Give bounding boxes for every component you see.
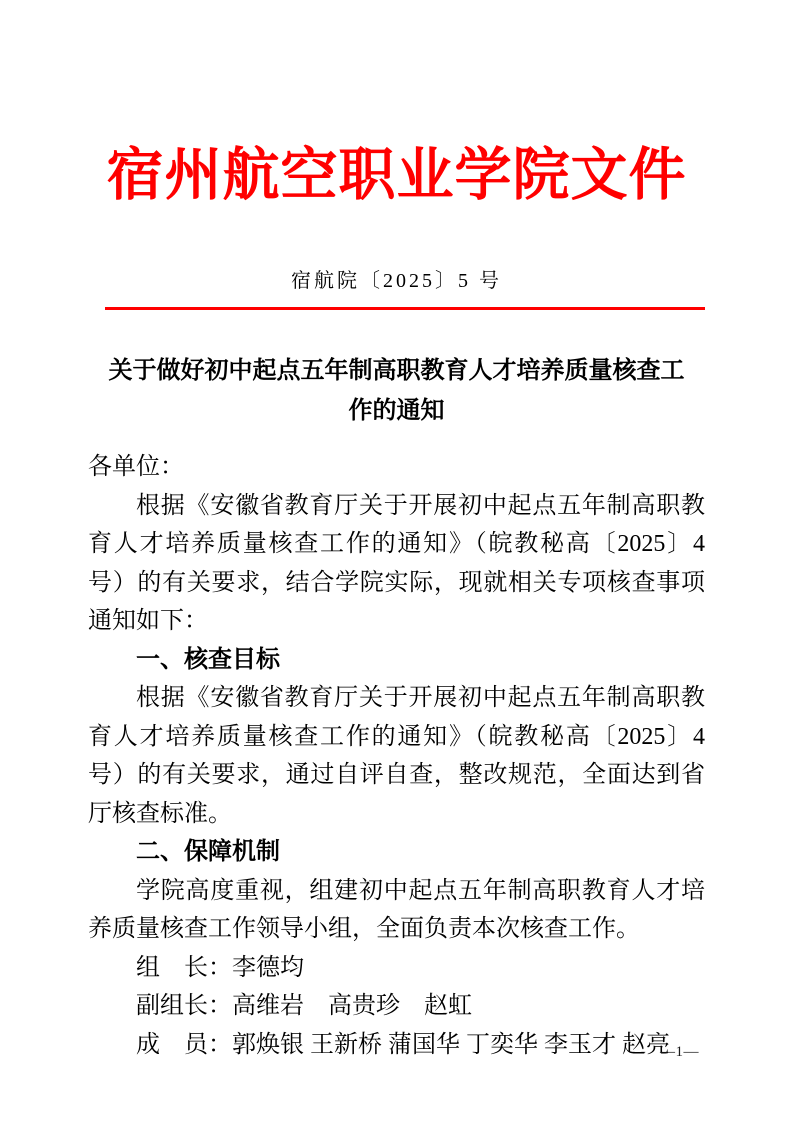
document-title: 关于做好初中起点五年制高职教育人才培养质量核查工 作的通知	[88, 351, 705, 431]
intro-paragraph: 根据《安徽省教育厅关于开展初中起点五年制高职教育人才培养质量核查工作的通知》（皖…	[88, 487, 705, 641]
document-page: 宿州航空职业学院文件 宿航院〔2025〕5 号 关于做好初中起点五年制高职教育人…	[0, 0, 793, 1122]
document-title-line-2: 作的通知	[88, 391, 705, 431]
document-body: 各单位： 根据《安徽省教育厅关于开展初中起点五年制高职教育人才培养质量核查工作的…	[88, 448, 705, 1064]
deputy-leaders-line: 副组长：高维岩 高贵珍 赵虹	[88, 987, 705, 1026]
section-2-heading: 二、保障机制	[88, 833, 705, 872]
section-2-paragraph: 学院高度重视，组建初中起点五年制高职教育人才培养质量核查工作领导小组，全面负责本…	[88, 872, 705, 949]
document-title-line-1: 关于做好初中起点五年制高职教育人才培养质量核查工	[88, 351, 705, 391]
page-number: —1—	[660, 1045, 699, 1060]
document-number: 宿航院〔2025〕5 号	[0, 267, 793, 295]
red-divider-line	[105, 307, 705, 310]
institution-title: 宿州航空职业学院文件	[40, 140, 753, 212]
section-1-heading: 一、核查目标	[88, 641, 705, 680]
section-1-paragraph: 根据《安徽省教育厅关于开展初中起点五年制高职教育人才培养质量核查工作的通知》（皖…	[88, 679, 705, 833]
members-line: 成 员：郭焕银 王新桥 蒲国华 丁奕华 李玉才 赵亮	[88, 1026, 705, 1065]
salutation: 各单位：	[88, 448, 705, 487]
group-leader-line: 组 长：李德均	[88, 949, 705, 988]
